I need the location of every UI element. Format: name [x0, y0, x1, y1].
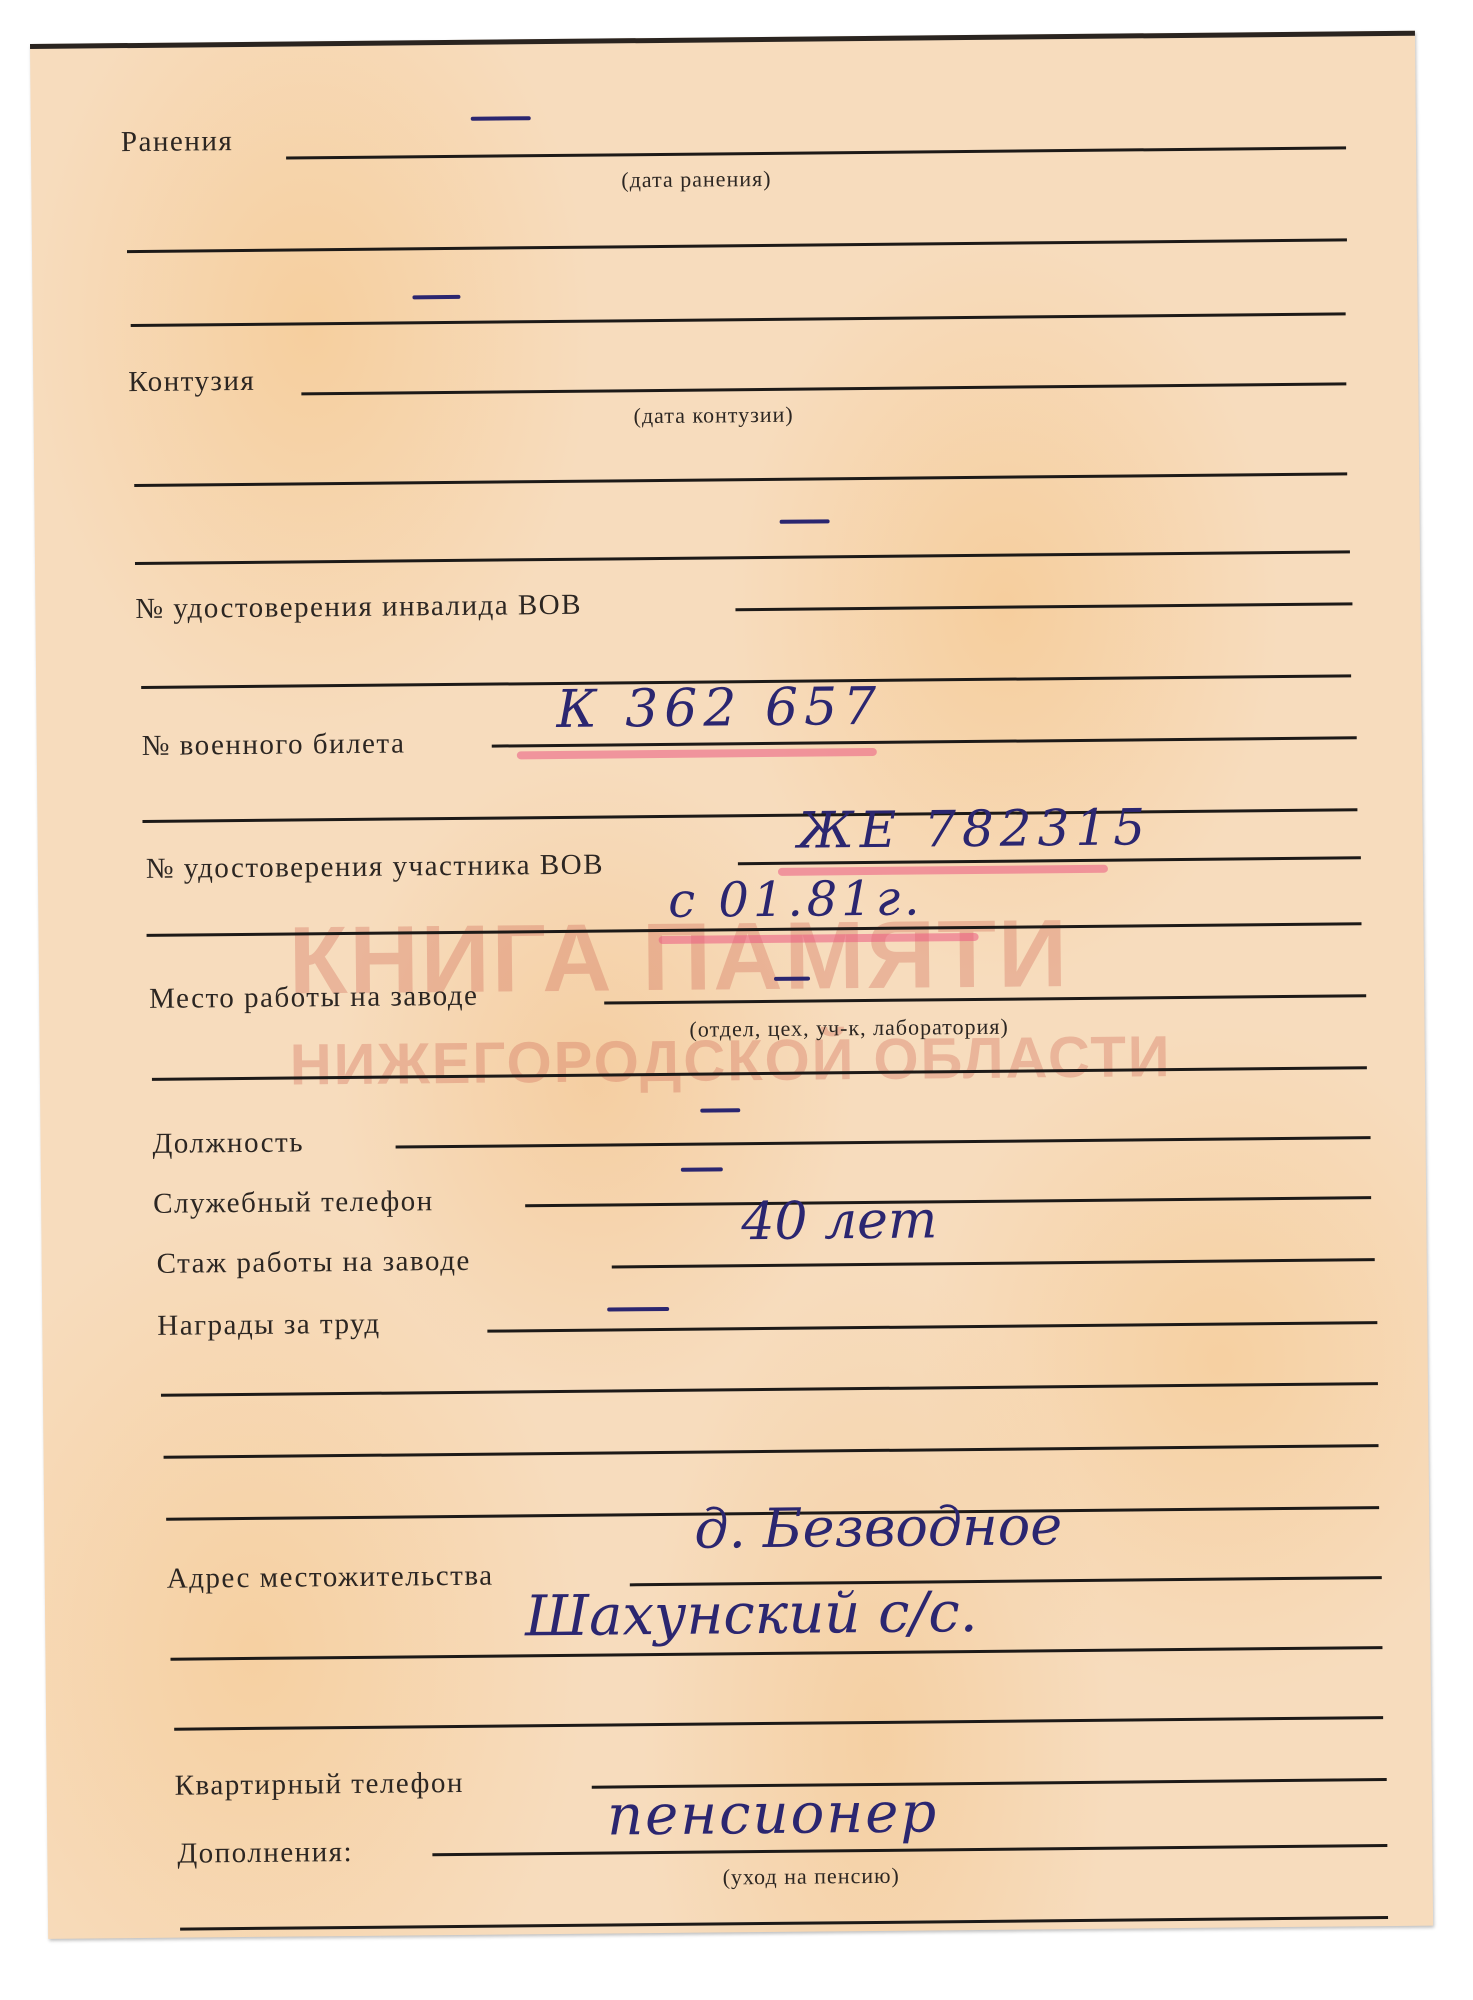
- disabled-cert-line[interactable]: [735, 602, 1352, 611]
- position-line[interactable]: [396, 1136, 1371, 1148]
- work-phone-value[interactable]: [681, 1167, 723, 1171]
- additions-line[interactable]: [432, 1844, 1387, 1856]
- military-id-value[interactable]: К 362 657: [556, 677, 882, 740]
- disabled-cert-label: № удостоверения инвалида ВОВ: [135, 589, 582, 626]
- address-value-line2[interactable]: Шахунский с/с.: [525, 1580, 978, 1649]
- disabled-cert-value[interactable]: [780, 519, 830, 523]
- blank-line: [161, 1382, 1378, 1397]
- position-label: Должность: [152, 1126, 304, 1160]
- veteran-cert-label: № удостоверения участника ВОВ: [146, 849, 604, 886]
- work-phone-line[interactable]: [525, 1196, 1371, 1207]
- additions-hint: (уход на пенсию): [723, 1863, 900, 1891]
- blank-line: [164, 1444, 1379, 1459]
- workplace-label: Место работы на заводе: [149, 980, 479, 1016]
- labor-awards-line[interactable]: [487, 1321, 1377, 1333]
- contusion-line: [301, 382, 1346, 395]
- contusion-value[interactable]: [412, 295, 460, 299]
- address-label: Адрес местожительства: [167, 1560, 494, 1596]
- contusion-label: Контузия: [128, 365, 255, 399]
- additions-label: Дополнения:: [177, 1836, 353, 1871]
- wounds-line: [286, 146, 1346, 159]
- home-phone-label: Квартирный телефон: [175, 1767, 464, 1803]
- memory-card: КНИГА ПАМЯТИ НИЖЕГОРОДСКОЙ ОБЛАСТИ Ранен…: [30, 31, 1433, 1939]
- veteran-cert-date[interactable]: с 01.81г.: [668, 870, 924, 928]
- labor-awards-label: Награды за труд: [157, 1308, 381, 1343]
- work-experience-line[interactable]: [612, 1258, 1375, 1268]
- military-id-label: № военного билета: [142, 727, 406, 763]
- additions-value[interactable]: пенсионер: [607, 1780, 939, 1848]
- wounds-value[interactable]: [471, 116, 531, 121]
- workplace-value[interactable]: [774, 977, 810, 981]
- blank-line: [127, 238, 1347, 253]
- blank-line: [142, 808, 1357, 823]
- address-value[interactable]: д. Безводное: [694, 1494, 1062, 1561]
- military-id-highlight: [517, 748, 877, 759]
- labor-awards-value[interactable]: [607, 1307, 669, 1312]
- contusion-hint: (дата контузии): [633, 402, 793, 430]
- veteran-cert-value[interactable]: ЖЕ 782315: [797, 798, 1151, 859]
- wounds-label: Ранения: [121, 125, 234, 159]
- work-experience-label: Стаж работы на заводе: [157, 1245, 471, 1281]
- position-value[interactable]: [700, 1108, 740, 1112]
- wounds-hint: (дата ранения): [621, 166, 771, 193]
- blank-line: [174, 1716, 1383, 1731]
- work-experience-value[interactable]: 40 лет: [741, 1190, 937, 1252]
- blank-line: [135, 550, 1350, 565]
- blank-line: [134, 472, 1347, 487]
- blank-line: [170, 1646, 1382, 1661]
- blank-line: [180, 1916, 1388, 1931]
- work-phone-label: Служебный телефон: [153, 1185, 434, 1221]
- blank-line: [131, 312, 1346, 327]
- workplace-hint: (отдел, цех, уч-к, лаборатория): [689, 1014, 1009, 1043]
